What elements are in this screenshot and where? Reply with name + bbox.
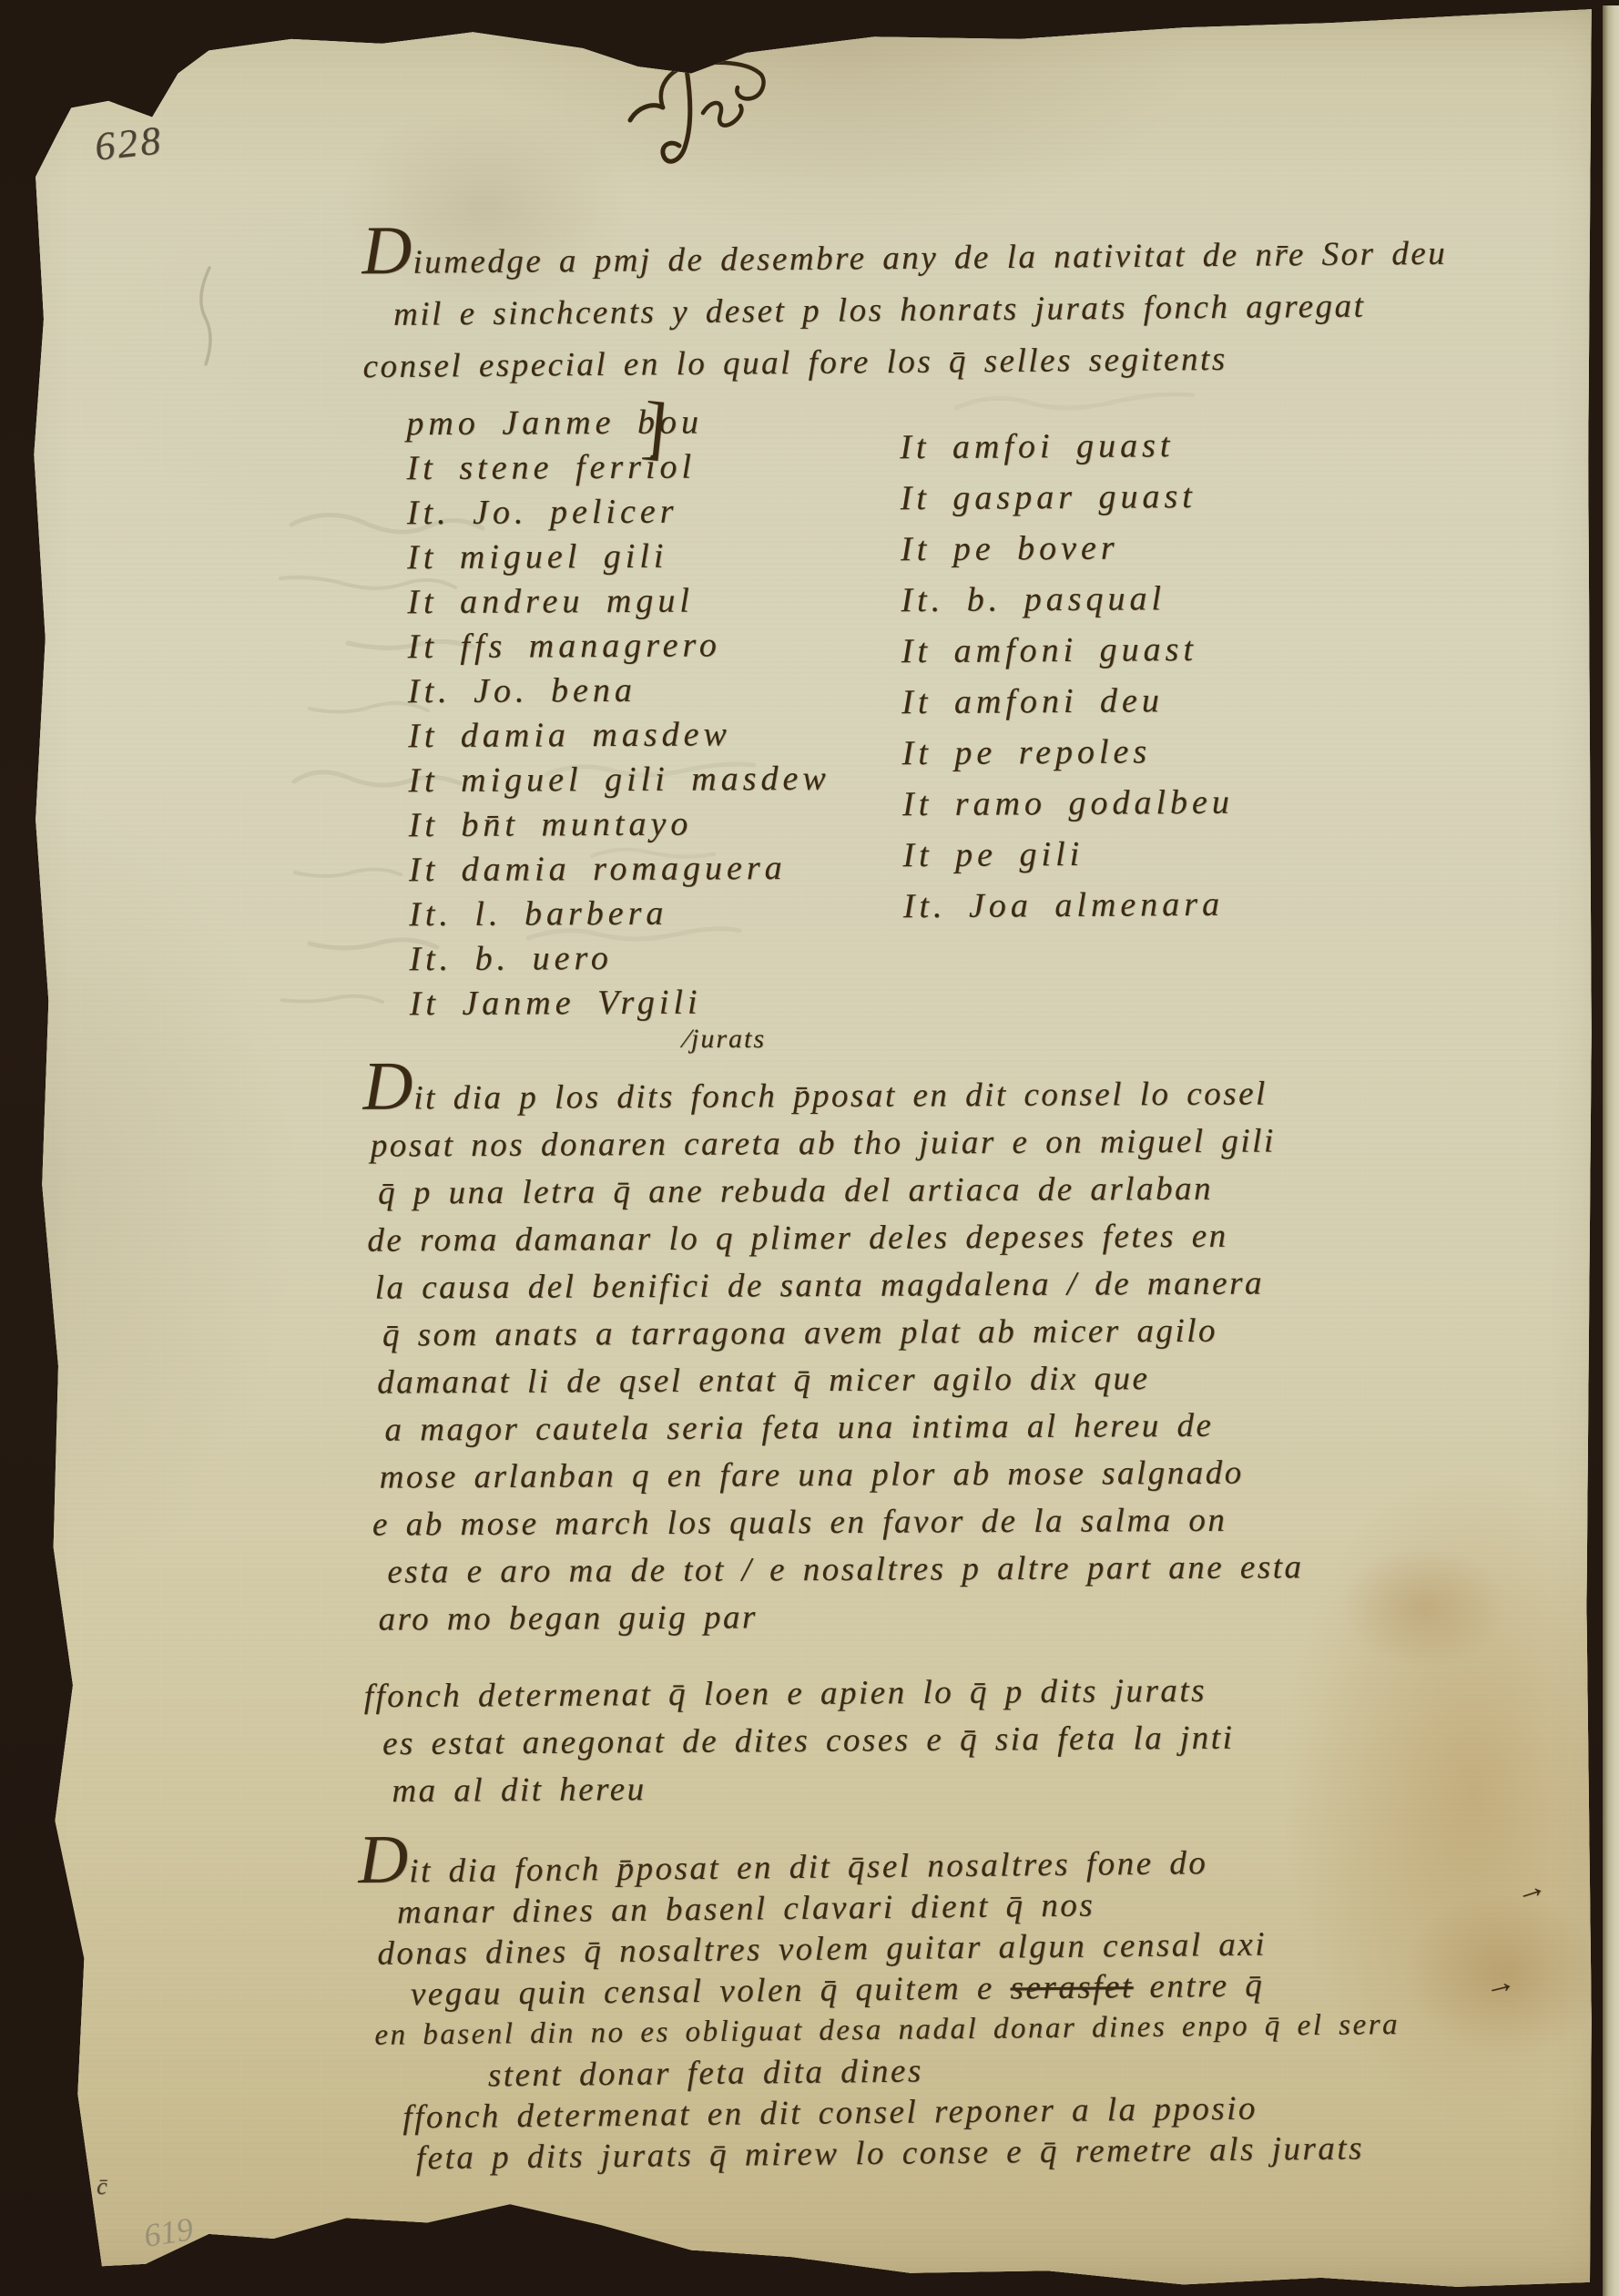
attendee-item: It pe gili [902, 828, 1234, 882]
margin-arrow-mark: → [1511, 1869, 1551, 1912]
paragraph-line: posat nos donaren careta ab tho juiar e … [371, 1117, 1301, 1169]
line-segment: vegau quin censal volen q̄ quitem e [411, 1969, 1011, 2013]
resolution-paragraph-1: Dit dia p los dits fonch p̄posat en dit … [362, 1056, 1304, 1643]
corner-ink-mark: c̄ [97, 2173, 107, 2200]
attendee-item: It miguel gili [407, 534, 830, 580]
struck-word: serasfet [1010, 1968, 1134, 2006]
attendee-item: It stene ferriol [406, 444, 829, 491]
folio-number-top: 628 [93, 117, 166, 170]
attendee-item: It. b. uero [409, 935, 831, 982]
paragraph-line: es estat anegonat de dites coses e q̄ si… [382, 1715, 1235, 1769]
attendee-item: It bn̄t muntayo [409, 801, 831, 848]
attendee-item: It. Jo. bena [408, 668, 830, 714]
attendee-item: It pe repoles [901, 726, 1233, 780]
attendee-item: It gaspar guast [900, 471, 1231, 525]
attendee-item: It amfoi guast [900, 420, 1231, 474]
margin-arrow-mark: → [1481, 1964, 1519, 2005]
resolution-paragraph-2: ffonch determenat q̄ loen e apien lo q̄ … [363, 1668, 1234, 1816]
resolution-paragraph-3: Dit dia fonch p̄posat en dit q̄sel nosal… [358, 1823, 1401, 2179]
folio-number-bottom: 619 [141, 2209, 196, 2255]
heading-line: mil e sinchcents y deset p los honrats j… [393, 280, 1448, 341]
attendee-list-left: pmo Janme bou It stene ferriol It. Jo. p… [406, 400, 831, 1026]
insertion-word: jurats [691, 1024, 766, 1054]
paragraph-line: ma al dit hereu [392, 1762, 1235, 1815]
insertion-caret: ⁄ [685, 1024, 691, 1054]
paragraph-line: q̄ som anats a tarragona avem plat ab mi… [382, 1307, 1302, 1359]
attendee-item: It andreu mgul [407, 578, 830, 625]
paragraph-line: Dit dia fonch p̄posat en dit q̄sel nosal… [358, 1823, 1398, 1893]
paragraph-line: e ab mose march los quals en favor de la… [372, 1496, 1303, 1548]
attendee-item: It amfoni deu [901, 675, 1233, 729]
paragraph-line: la causa del benifici de santa magdalena… [375, 1260, 1302, 1311]
attendee-item: It Janme Vrgili [410, 980, 832, 1026]
paragraph-line: aro mo began guig par [378, 1591, 1303, 1643]
paragraph-line: Dit dia p los dits fonch p̄posat en dit … [362, 1056, 1301, 1122]
attendee-item: It. Jo. pelicer [407, 489, 830, 536]
attendee-item: It miguel gili masdew [408, 757, 830, 803]
line-segment: entre q̄ [1133, 1967, 1264, 2006]
heading-line: consel especial en lo qual fore los q̄ s… [362, 332, 1448, 393]
pencil-squiggle-mark [178, 262, 233, 372]
attendee-item: It damia masdew [408, 712, 830, 759]
attendee-item: It. l. barbera [409, 891, 831, 937]
paragraph-line: de roma damanar lo q plimer deles depese… [367, 1212, 1301, 1264]
heading-paragraph: Diumedge a pmj de desembre any de la nat… [361, 216, 1448, 393]
paragraph-line: mose arlanban q en fare una plor ab mose… [380, 1449, 1303, 1501]
jhs-monogram-icon [625, 53, 770, 199]
interlinear-insertion: ⁄jurats [685, 1024, 766, 1055]
manuscript-scan: 628 Diumedge a pmj de desembre any de la… [0, 0, 1619, 2296]
heading-line: Diumedge a pmj de desembre any de la nat… [361, 216, 1447, 289]
attendee-item: It ffs managrero [407, 623, 830, 669]
attendee-list-right: It amfoi guast It gaspar guast It pe bov… [900, 420, 1235, 933]
attendee-item: It. Joa almenara [903, 879, 1235, 933]
attendee-item: It. b. pasqual [901, 573, 1232, 627]
paragraph-line: q̄ p una letra q̄ ane rebuda del artiaca… [378, 1165, 1301, 1217]
attendee-item: It pe bover [901, 522, 1232, 576]
attendee-item: pmo Janme bou [406, 400, 829, 446]
paragraph-line: damanat li de qsel entat q̄ micer agilo … [377, 1354, 1302, 1406]
attendee-item: It amfoni guast [901, 624, 1233, 678]
paragraph-line: esta e aro ma de tot / e nosaltres p alt… [387, 1544, 1303, 1596]
paragraph-line: ffonch determenat q̄ loen e apien lo q̄ … [363, 1668, 1234, 1721]
attendee-item: It damia romaguera [409, 846, 831, 893]
attendee-item: It ramo godalbeu [902, 777, 1234, 831]
manuscript-page: 628 Diumedge a pmj de desembre any de la… [0, 0, 1619, 2296]
next-folio-edge [1603, 5, 1619, 2296]
paragraph-line: a magor cautela seria feta una intima al… [384, 1402, 1302, 1454]
